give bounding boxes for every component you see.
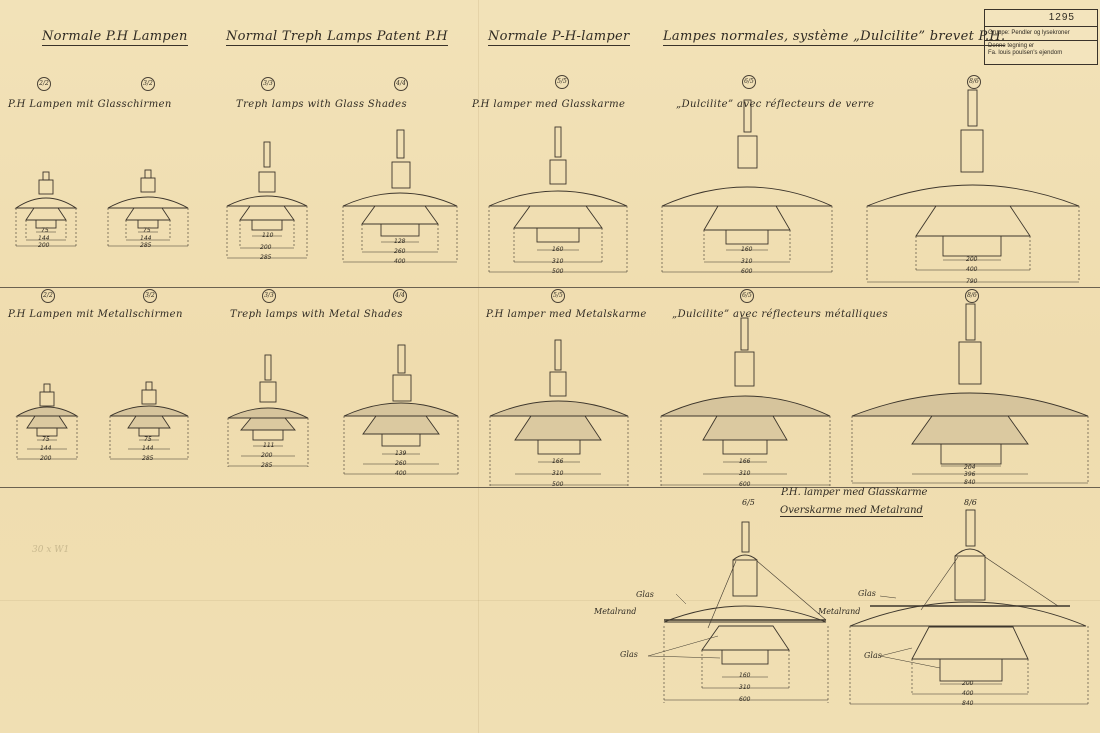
dim-outer: 840 — [962, 700, 973, 707]
dim-inner: 200 — [962, 680, 973, 687]
callout-glas-top: Glas — [636, 590, 654, 599]
lamp-drawings-bottom — [0, 0, 1100, 733]
dim-outer: 600 — [739, 696, 750, 703]
dim-middle: 400 — [962, 690, 973, 697]
callout-metalrand: Metalrand — [594, 607, 636, 616]
callout-glas-top: Glas — [858, 589, 876, 598]
dim-inner: 160 — [739, 672, 750, 679]
callout-metalrand: Metalrand — [818, 607, 860, 616]
pencil-note: 30 x W1 — [32, 545, 69, 555]
dim-middle: 310 — [739, 684, 750, 691]
callout-glas-lower: Glas — [864, 651, 882, 660]
lamp-6-5-overskarm — [648, 522, 828, 703]
blueprint-sheet: 1295 Gruppe: Pendler og lysekroner Denne… — [0, 0, 1100, 733]
callout-glas-lower: Glas — [620, 650, 638, 659]
lamp-8-6-overskarm — [850, 510, 1088, 706]
